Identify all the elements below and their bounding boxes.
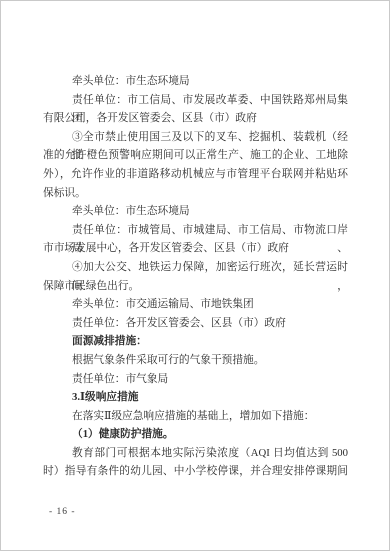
doc-line: 教育部门可根据本地实际污染浓度（AQI 日均值达到 500 [43, 444, 348, 463]
doc-subheading: （1）健康防护措施。 [43, 425, 348, 444]
doc-line: 责任单位：市气象局 [43, 370, 348, 389]
doc-line: ④加大公交、地铁运力保障，加密运行班次，延长营运时间， [43, 258, 348, 277]
doc-line: 责任单位：各开发区管委会、区县（市）政府 [43, 314, 348, 333]
doc-line: ③全市禁止使用国三及以下的叉车、挖掘机、装载机（经批 [43, 128, 348, 147]
doc-line: 有限公司，各开发区管委会、区县（市）政府 [43, 109, 348, 128]
document-page: 牵头单位：市生态环境局 责任单位：市工信局、市发展改革委、中国铁路郑州局集团 有… [0, 0, 390, 551]
doc-line: 责任单位：市城管局、市城建局、市工信局、市物流口岸局、 [43, 221, 348, 240]
doc-line: 外），允许作业的非道路移动机械应与市管理平台联网并粘贴环 [43, 165, 348, 184]
doc-line: 在落实Ⅱ级应急响应措施的基础上，增加如下措施： [43, 407, 348, 426]
page-number: - 16 - [49, 507, 76, 517]
doc-line: 牵头单位：市生态环境局 [43, 72, 348, 91]
doc-line: 责任单位：市工信局、市发展改革委、中国铁路郑州局集团 [43, 91, 348, 110]
doc-line: 时）指导有条件的幼儿园、中小学校停课，并合理安排停课期间 [43, 462, 348, 481]
doc-heading: 3.Ⅰ级响应措施 [43, 388, 348, 407]
doc-line: 准的允许橙色预警响应期间可以正常生产、施工的企业、工地除 [43, 146, 348, 165]
doc-line: 牵头单位：市交通运输局、市地铁集团 [43, 295, 348, 314]
doc-line: 根据气象条件采取可行的气象干预措施。 [43, 351, 348, 370]
doc-line: 保标识。 [43, 184, 348, 203]
doc-subheading: 面源减排措施： [43, 332, 348, 351]
document-body: 牵头单位：市生态环境局 责任单位：市工信局、市发展改革委、中国铁路郑州局集团 有… [43, 72, 348, 481]
doc-line: 牵头单位：市生态环境局 [43, 202, 348, 221]
